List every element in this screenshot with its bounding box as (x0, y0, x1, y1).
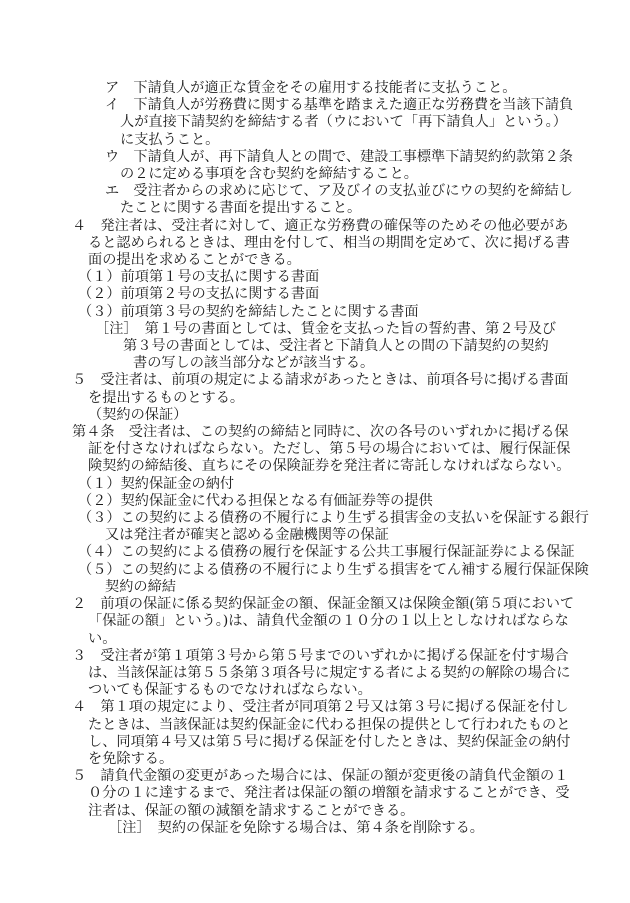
text-line: （１）前項第１号の支払に関する書面 (72, 269, 590, 286)
text-line: ［注］ 第１号の書面としては、賃金を支払った旨の誓約書、第２号及び (72, 321, 590, 338)
text-line: 契約の締結 (72, 579, 590, 596)
text-line: の２に定める事項を含む契約を締結すること。 (72, 166, 590, 183)
text-line: ４ 発注者は、受注者に対して、適正な労務費の確保等のためその他必要があ (72, 218, 590, 235)
text-line: 人が直接下請契約を締結する者（ウにおいて「再下請負人」という。） (72, 114, 590, 131)
text-line: ２ 前項の保証に係る契約保証金の額、保証金額又は保険金額(第５項において (72, 596, 590, 613)
text-line: ４ 第１項の規定により、受注者が同項第２号又は第３号に掲げる保証を付し (72, 699, 590, 716)
text-line: ウ 下請負人が、再下請負人との間で、建設工事標準下請契約約款第２条 (72, 149, 590, 166)
text-line: たときは、当該保証は契約保証金に代わる担保の提供として行われたものと (72, 717, 590, 734)
text-line: （２）前項第２号の支払に関する書面 (72, 286, 590, 303)
text-line: （５）この契約による債務の不履行により生ずる損害をてん補する履行保証保険 (72, 562, 590, 579)
text-line: ると認められるときは、理由を付して、相当の期間を定めて、次に掲げる書 (72, 235, 590, 252)
text-line: 「保証の額」という。)は、請負代金額の１０分の１以上としなければならな (72, 613, 590, 630)
text-line: ０分の１に達するまで、発注者は保証の額の増額を請求することができ、受 (72, 785, 590, 802)
text-line: ５ 受注者は、前項の規定による請求があったときは、前項各号に掲げる書面 (72, 372, 590, 389)
text-line: ３ 受注者が第１項第３号から第５号までのいずれかに掲げる保証を付す場合 (72, 648, 590, 665)
text-line: たことに関する書面を提出すること。 (72, 200, 590, 217)
text-line: 第４条 受注者は、この契約の締結と同時に、次の各号のいずれかに掲げる保 (72, 424, 590, 441)
text-line: ［注］ 契約の保証を免除する場合は、第４条を削除する。 (72, 820, 590, 837)
text-line: （１）契約保証金の納付 (72, 476, 590, 493)
text-line: ついても保証するものでなければならない。 (72, 682, 590, 699)
text-line: 又は発注者が確実と認める金融機関等の保証 (72, 527, 590, 544)
text-line: を免除する。 (72, 751, 590, 768)
text-line: 証を付さなければならない。ただし、第５号の場合においては、履行保証保 (72, 441, 590, 458)
text-line: い。 (72, 631, 590, 648)
text-line: 注者は、保証の額の減額を請求することができる。 (72, 803, 590, 820)
text-line: （契約の保証） (72, 407, 590, 424)
text-line: 面の提出を求めることができる。 (72, 252, 590, 269)
text-line: を提出するものとする。 (72, 390, 590, 407)
text-line: （４）この契約による債務の履行を保証する公共工事履行保証証券による保証 (72, 544, 590, 561)
text-line: は、当該保証は第５５条第３項各号に規定する者による契約の解除の場合に (72, 665, 590, 682)
text-line: イ 下請負人が労務費に関する基準を踏まえた適正な労務費を当該下請負 (72, 97, 590, 114)
text-line: 険契約の締結後、直ちにその保険証券を発注者に寄託しなければならない。 (72, 458, 590, 475)
text-line: に支払うこと。 (72, 132, 590, 149)
text-line: （３）前項第３号の契約を締結したことに関する書面 (72, 304, 590, 321)
text-line: ア 下請負人が適正な賃金をその雇用する技能者に支払うこと。 (72, 80, 590, 97)
text-line: し、同項第４号又は第５号に掲げる保証を付したときは、契約保証金の納付 (72, 734, 590, 751)
text-line: 書の写しの該当部分などが該当する。 (72, 355, 590, 372)
text-line: エ 受注者からの求めに応じて、ア及びイの支払並びにウの契約を締結し (72, 183, 590, 200)
text-line: （３）この契約による債務の不履行により生ずる損害金の支払いを保証する銀行 (72, 510, 590, 527)
document-page: ア 下請負人が適正な賃金をその雇用する技能者に支払うこと。イ 下請負人が労務費に… (0, 0, 630, 903)
text-line: 第３号の書面としては、受注者と下請負人との間の下請契約の契約 (72, 338, 590, 355)
text-line: ５ 請負代金額の変更があった場合には、保証の額が変更後の請負代金額の１ (72, 768, 590, 785)
text-line: （２）契約保証金に代わる担保となる有価証券等の提供 (72, 493, 590, 510)
